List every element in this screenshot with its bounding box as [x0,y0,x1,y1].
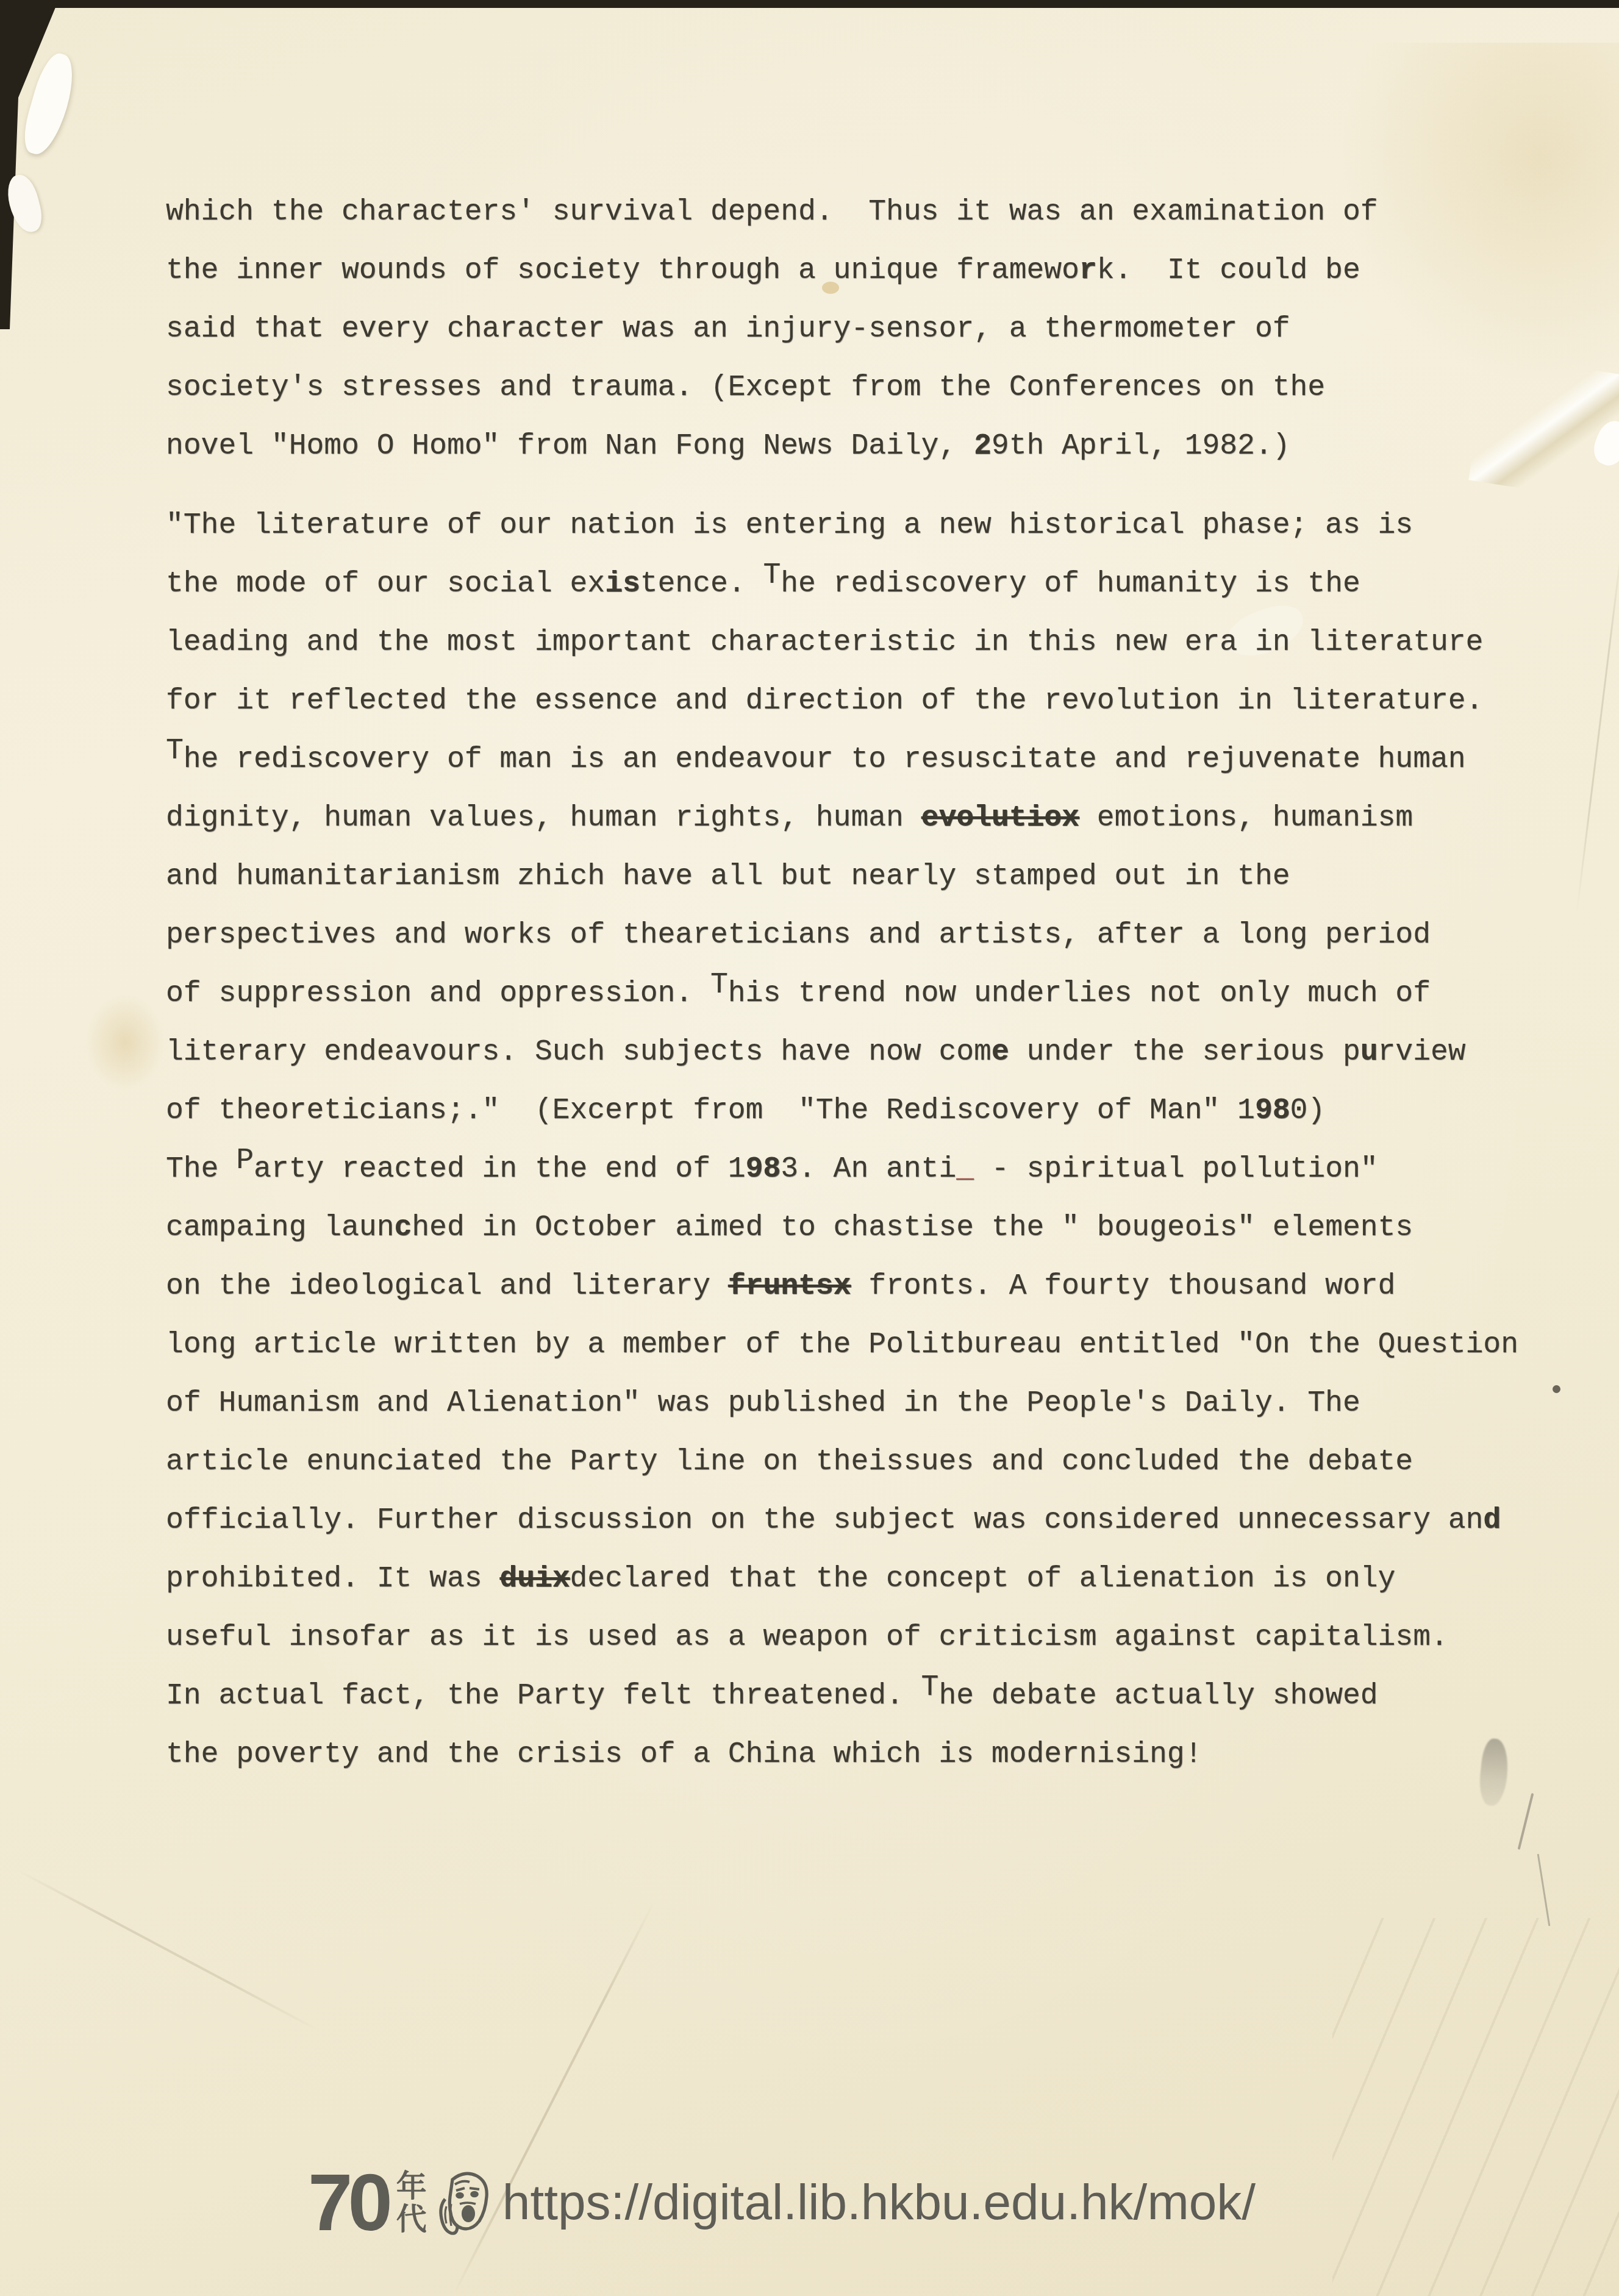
library-watermark: 70 年 代 https://digital.lib.hkbu.edu.hk/m… [308,2163,1256,2242]
text-line: society's stresses and trauma. (Except f… [166,358,1544,417]
screaming-face-icon [435,2167,494,2238]
text-line: the poverty and the crisis of a China wh… [166,1725,1544,1784]
watermark-url: https://digital.lib.hkbu.edu.hk/mok/ [502,2174,1256,2231]
paragraph: which the characters' survival depend. T… [166,183,1544,476]
scanned-page: which the characters' survival depend. T… [0,0,1619,2296]
text-line: for it reflected the essence and directi… [166,672,1544,730]
typewritten-text: which the characters' survival depend. T… [166,183,1544,1784]
text-line: of Humanism and Alienation" was publishe… [166,1374,1544,1433]
text-line: article enunciated the Party line on the… [166,1433,1544,1491]
text-line: "The literature of our nation is enterin… [166,496,1544,555]
text-line: officially. Further discussion on the su… [166,1491,1544,1550]
text-line: of theoreticians;." (Excerpt from "The R… [166,1082,1544,1140]
crease-mark [1332,1918,1619,2296]
text-line: said that every character was an injury-… [166,300,1544,358]
scan-edge-top [0,0,1619,8]
text-line: In actual fact, the Party felt threatene… [166,1667,1544,1725]
text-line: long article written by a member of the … [166,1316,1544,1374]
text-line: which the characters' survival depend. T… [166,183,1544,241]
text-line: The Party reacted in the end of 1983. An… [166,1140,1544,1199]
text-line: of suppression and oppression. This tren… [166,964,1544,1023]
ink-speck [1553,1385,1560,1393]
text-line: dignity, human values, human rights, hum… [166,789,1544,847]
text-line: on the ideological and literary fruntsx … [166,1257,1544,1316]
text-line: useful insofar as it is used as a weapon… [166,1608,1544,1667]
text-line: campaing launched in October aimed to ch… [166,1199,1544,1257]
paper-stain [85,994,165,1091]
text-line: the inner wounds of society through a un… [166,241,1544,300]
logo-char-bottom: 代 [396,2203,427,2236]
text-line: and humanitarianism zhich have all but n… [166,847,1544,906]
logo-char-top: 年 [396,2170,427,2203]
seventies-logo-characters: 年 代 [396,2170,427,2236]
text-line: the mode of our social existence. The re… [166,555,1544,613]
text-line: novel "Homo O Homo" from Nan Fong News D… [166,417,1544,476]
paragraph: "The literature of our nation is enterin… [166,496,1544,1784]
text-line: prohibited. It was duixdeclared that the… [166,1550,1544,1608]
seventies-logo-number: 70 [308,2170,388,2236]
text-line: leading and the most important character… [166,613,1544,672]
text-line: literary endeavours. Such subjects have … [166,1023,1544,1082]
text-line: The rediscovery of man is an endeavour t… [166,730,1544,789]
text-line: perspectives and works of theareticians … [166,906,1544,964]
